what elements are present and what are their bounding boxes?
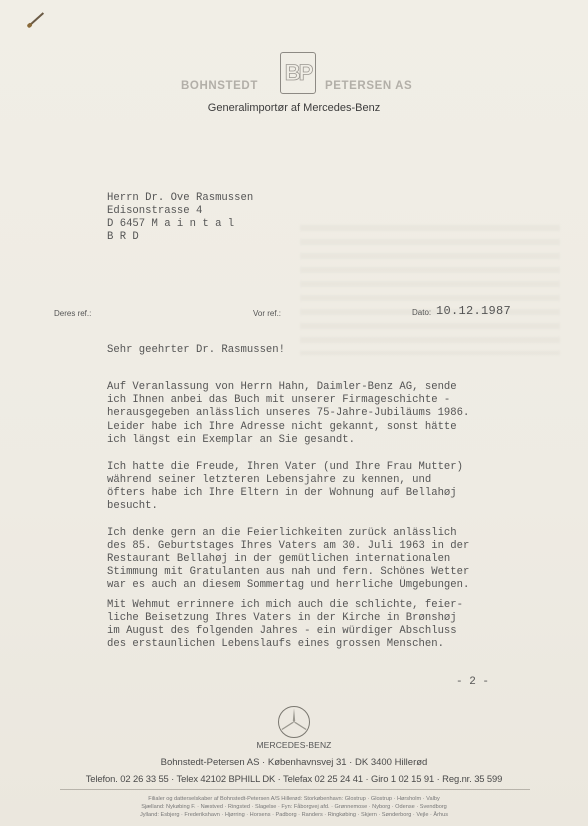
salutation: Sehr geehrter Dr. Rasmussen! <box>107 344 285 357</box>
paragraph-4: Ich denke gern an die Feierlichkeiten zu… <box>107 527 469 592</box>
company-name-right: PETERSEN AS <box>325 80 412 92</box>
mercedes-benz-label: MERCEDES-BENZ <box>0 740 588 750</box>
address-line: D 6457 M a i n t a l <box>107 218 253 231</box>
letter-page: BOHNSTEDT BP PETERSEN AS Generalimportør… <box>0 0 588 826</box>
footer-branches-line: Sjælland: Nykøbing F. · Næstved · Ringst… <box>0 803 588 811</box>
company-name-left: BOHNSTEDT <box>181 80 258 92</box>
footer-contact: Telefon. 02 26 33 55 · Telex 42102 BPHIL… <box>0 773 588 784</box>
paper-bleed-through <box>300 225 560 355</box>
address-line: Edisonstrasse 4 <box>107 205 253 218</box>
date-value: 10.12.1987 <box>436 304 511 318</box>
page-number: - 2 - <box>456 676 489 689</box>
footer-address: Bohnstedt-Petersen AS · Københavnsvej 31… <box>0 757 588 768</box>
bp-logo-text: BP <box>285 60 312 86</box>
mercedes-star-icon <box>277 705 311 739</box>
paragraph-2: Leider habe ich Ihre Adresse nicht gekan… <box>107 421 457 447</box>
footer-branches-line: Jylland: Esbjerg · Frederikshavn · Hjørr… <box>0 811 588 819</box>
paragraph-5: Mit Wehmut errinnere ich mich auch die s… <box>107 599 463 651</box>
footer-branches-line: Filialer og datterselskaber af Bohnstedt… <box>0 795 588 803</box>
address-line: B R D <box>107 231 253 244</box>
vor-ref-label: Vor ref.: <box>253 309 281 318</box>
deres-ref-label: Deres ref.: <box>54 309 91 318</box>
pen-mark-icon <box>29 12 44 26</box>
paragraph-1: Auf Veranlassung von Herrn Hahn, Daimler… <box>107 381 469 420</box>
recipient-address: Herrn Dr. Ove RasmussenEdisonstrasse 4D … <box>107 192 253 244</box>
address-line: Herrn Dr. Ove Rasmussen <box>107 192 253 205</box>
date-label: Dato: <box>412 308 431 317</box>
paragraph-3: Ich hatte die Freude, Ihren Vater (und I… <box>107 461 463 513</box>
company-logo: BOHNSTEDT BP PETERSEN AS <box>0 52 588 102</box>
footer-divider <box>60 789 530 790</box>
letterhead-subtitle: Generalimportør af Mercedes-Benz <box>0 102 588 114</box>
bp-logo-icon: BP <box>280 52 316 94</box>
